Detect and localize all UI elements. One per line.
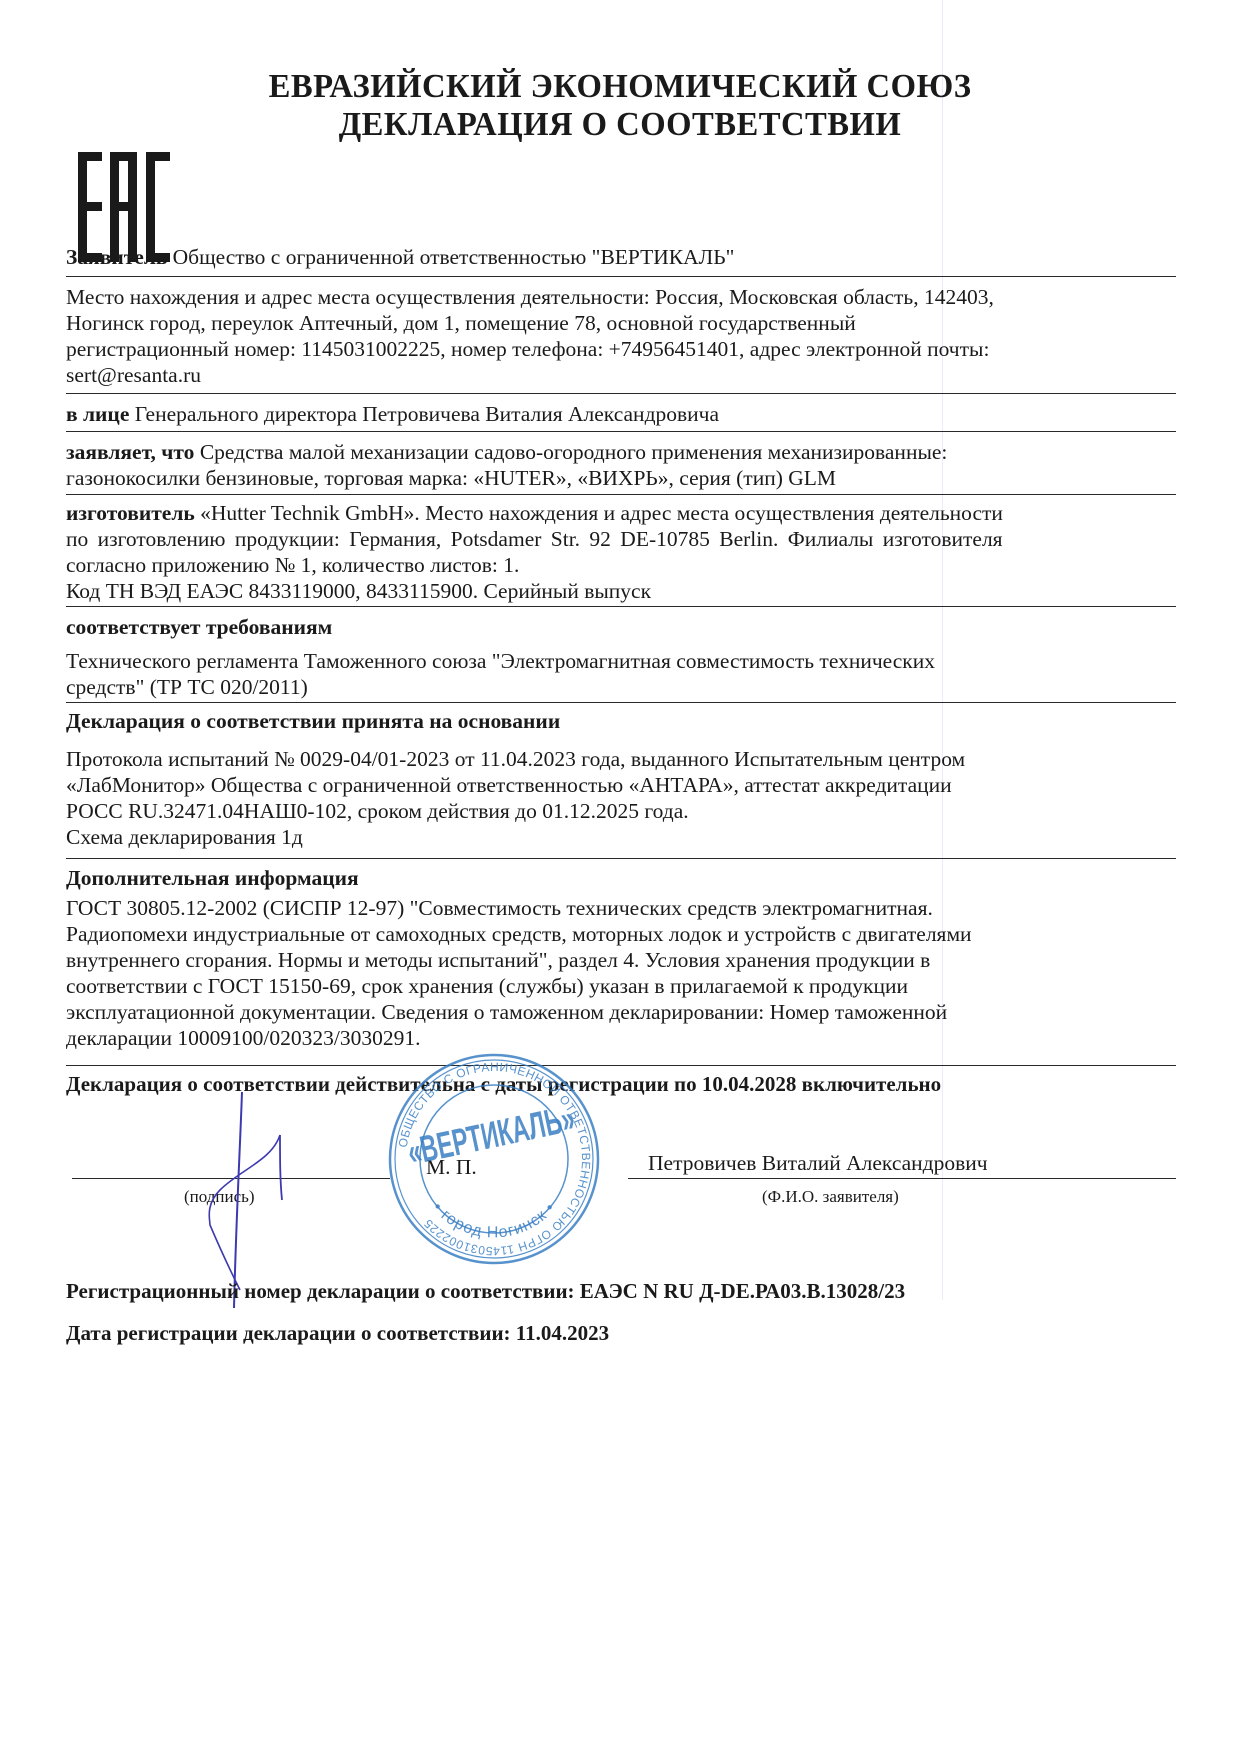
complies-line-1: Технического регламента Таможенного союз… xyxy=(66,648,1176,674)
divider xyxy=(66,494,1176,495)
manufacturer-hs-codes: Код ТН ВЭД ЕАЭС 8433119000, 8433115900. … xyxy=(66,578,1176,604)
applicant-value: Общество с ограниченной ответственностью… xyxy=(173,245,735,269)
basis-label: Декларация о соответствии принята на осн… xyxy=(66,708,1176,734)
divider xyxy=(66,702,1176,703)
declares-label: заявляет, что xyxy=(66,440,194,464)
document-title-union: ЕВРАЗИЙСКИЙ ЭКОНОМИЧЕСКИЙ СОЮЗ xyxy=(25,68,1215,106)
basis-line-1: Протокола испытаний № 0029-04/01-2023 от… xyxy=(66,746,1176,772)
signer-caption: (Ф.И.О. заявителя) xyxy=(762,1184,982,1210)
manufacturer-line-2: по изготовлению продукции: Германия, Pot… xyxy=(66,526,1176,552)
registration-date: Дата регистрации декларации о соответств… xyxy=(66,1320,1176,1346)
additional-line-4: соответствии с ГОСТ 15150-69, срок хране… xyxy=(66,973,1176,999)
divider xyxy=(66,431,1176,432)
declares-line-1: Средства малой механизации садово-огород… xyxy=(200,440,948,464)
represented-by-label: в лице xyxy=(66,402,129,426)
additional-line-6: декларации 10009100/020323/3030291. xyxy=(66,1025,1176,1051)
divider xyxy=(66,393,1176,394)
address-line-3: регистрационный номер: 1145031002225, но… xyxy=(66,336,1176,362)
address-line-2: Ногинск город, переулок Аптечный, дом 1,… xyxy=(66,310,1176,336)
divider xyxy=(66,858,1176,859)
divider xyxy=(66,276,1176,277)
svg-text:«ВЕРТИКАЛЬ»: «ВЕРТИКАЛЬ» xyxy=(404,1097,579,1173)
applicant-row: Заявитель Общество с ограниченной ответс… xyxy=(66,244,1176,270)
address-line-1: Место нахождения и адрес места осуществл… xyxy=(66,284,1176,310)
basis-block: Протокола испытаний № 0029-04/01-2023 от… xyxy=(66,746,1176,850)
divider xyxy=(66,606,1176,607)
manufacturer-label: изготовитель xyxy=(66,501,195,525)
declares-block: заявляет, что Средства малой механизации… xyxy=(66,439,1176,491)
address-line-4: sert@resanta.ru xyxy=(66,362,1176,388)
document-title-declaration: ДЕКЛАРАЦИЯ О СООТВЕТСТВИИ xyxy=(25,106,1215,144)
represented-by-value: Генерального директора Петровичева Витал… xyxy=(135,402,719,426)
additional-line-5: эксплуатационной документации. Сведения … xyxy=(66,999,1176,1025)
signer-name: Петровичев Виталий Александрович xyxy=(648,1150,1148,1176)
address-block: Место нахождения и адрес места осуществл… xyxy=(66,284,1176,388)
complies-label: соответствует требованиям xyxy=(66,614,1176,640)
manufacturer-line-1: «Hutter Technik GmbH». Место нахождения … xyxy=(200,501,1003,525)
manufacturer-line-3: согласно приложению № 1, количество лист… xyxy=(66,552,1176,578)
additional-line-3: внутреннего сгорания. Нормы и методы исп… xyxy=(66,947,1176,973)
divider xyxy=(66,1065,1176,1066)
company-stamp-icon: ОБЩЕСТВО С ОГРАНИЧЕННОЙ ОТВЕТСТВЕННОСТЬЮ… xyxy=(385,1050,603,1268)
basis-line-3: РОСС RU.32471.04НАШ0-102, сроком действи… xyxy=(66,798,1176,824)
signer-name-line xyxy=(628,1178,1176,1179)
basis-line-2: «ЛабМонитор» Общества с ограниченной отв… xyxy=(66,772,1176,798)
handwritten-signature-icon xyxy=(180,1090,340,1310)
registration-number: Регистрационный номер декларации о соотв… xyxy=(66,1278,1176,1304)
declaration-document: ЕВРАЗИЙСКИЙ ЭКОНОМИЧЕСКИЙ СОЮЗ ДЕКЛАРАЦИ… xyxy=(0,0,1240,1755)
complies-line-2: средств" (ТР ТС 020/2011) xyxy=(66,674,1176,700)
additional-label: Дополнительная информация xyxy=(66,865,1176,891)
represented-by-row: в лице Генерального директора Петровичев… xyxy=(66,401,1176,427)
complies-block: Технического регламента Таможенного союз… xyxy=(66,648,1176,700)
declaration-scheme: Схема декларирования 1д xyxy=(66,824,1176,850)
declares-line-2: газонокосилки бензиновые, торговая марка… xyxy=(66,465,1176,491)
additional-line-2: Радиопомехи индустриальные от самоходных… xyxy=(66,921,1176,947)
additional-block: ГОСТ 30805.12-2002 (СИСПР 12-97) "Совмес… xyxy=(66,895,1176,1051)
additional-line-1: ГОСТ 30805.12-2002 (СИСПР 12-97) "Совмес… xyxy=(66,895,1176,921)
applicant-label: Заявитель xyxy=(66,245,167,269)
manufacturer-block: изготовитель «Hutter Technik GmbH». Мест… xyxy=(66,500,1176,604)
